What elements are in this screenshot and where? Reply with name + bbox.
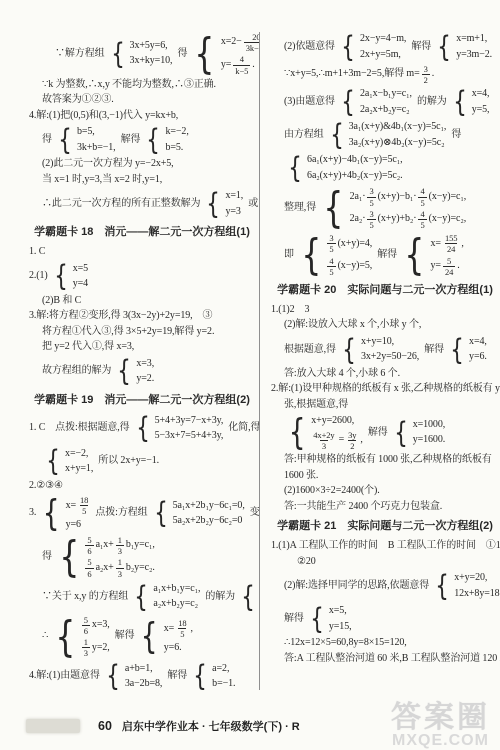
math-text: y=6. bbox=[163, 641, 183, 656]
equation-rows: 2x−y=4−m,2x+y=5m, bbox=[359, 32, 407, 62]
math-text: x=4, bbox=[468, 335, 488, 350]
equation-row: 5a₂x+2b₂y−6c₂=0 bbox=[172, 514, 246, 529]
answer-line: 1. C 点拨:根据题意,得{5+4+3y=7−x+3y,5−3x+7=5+4+… bbox=[28, 413, 256, 445]
cases-brace: { bbox=[118, 357, 132, 386]
fraction-numerator: 18 bbox=[176, 618, 188, 628]
equation-system: {2a₁·35(x+y)−b₁·45(x−y)=c₁,2a₂·35(x+y)+b… bbox=[320, 186, 467, 230]
math-text: 12x+8y=180, bbox=[453, 587, 500, 602]
answer-line: 即{35(x+y)=4,45(x−y)=5,解得{x=15524,y=524. bbox=[270, 232, 500, 278]
equation-row: y=6. bbox=[468, 350, 488, 365]
answer-line: 由方程组{3a₁(x+y)&4b₁(x−y)=5c₁,3a₂(x+y)⊗4b₂(… bbox=[270, 119, 500, 151]
math-text: ∴12x=12×5=60,8y=8×15=120, bbox=[283, 636, 408, 651]
fraction: 35 bbox=[367, 209, 375, 230]
math-text: 解得 bbox=[114, 629, 136, 644]
answer-line: ∵关于 x,y 的方程组{a₁x+b₁y=c₁,a₂x+b₂y=c₂的解为{x=… bbox=[28, 581, 256, 613]
cases-brace: { bbox=[453, 88, 467, 117]
math-text: 学霸题卡 19 消元——解二元一次方程组(2) bbox=[33, 393, 251, 409]
math-text: (2)1600×3÷2=2400(个). bbox=[283, 484, 381, 499]
equation-row: x+y=1, bbox=[64, 462, 94, 477]
equation-rows: 3a₁(x+y)&4b₁(x−y)=5c₁,3a₂(x+y)⊗4b₂(x−y)=… bbox=[348, 120, 448, 150]
math-text: 学霸题卡 21 实际问题与二元一次方程组(2) bbox=[276, 519, 494, 535]
math-text: 化简,得 bbox=[227, 421, 260, 436]
equation-row: k=−2, bbox=[164, 125, 189, 140]
math-text: 答:A 工程队整治河道 60 米,B 工程队整治河道 120 米. bbox=[283, 652, 500, 667]
equation-rows: 56x=3,13y=2, bbox=[81, 615, 111, 659]
section-header: 学霸题卡 21 实际问题与二元一次方程组(2) bbox=[270, 519, 500, 535]
equation-rows: x=185y=6 bbox=[65, 495, 92, 532]
cases-brace: { bbox=[141, 619, 158, 654]
equation-row: x=15524, bbox=[430, 233, 465, 254]
cases-brace: { bbox=[106, 662, 120, 691]
equation-rows: x+y=2600,4x+2y3=3y2, bbox=[310, 414, 364, 451]
equation-system: {k=−2,b=5. bbox=[144, 125, 189, 155]
cases-brace: { bbox=[394, 419, 408, 448]
answer-line: 根据题意,得{x+y=10,3x+2y=50−26,解得{x=4,y=6. bbox=[270, 334, 500, 366]
math-text: (2)依题意得 bbox=[283, 40, 336, 55]
math-text: 得 bbox=[176, 47, 188, 62]
equation-system: {x=4,y=6. bbox=[448, 335, 488, 365]
equation-system: {6a₁(x+y)−4b₁(x−y)=5c₁,6a₂(x+y)+4b₂(x−y)… bbox=[286, 153, 404, 183]
answer-line: 答:一共能生产 2400 个巧克力包装盒. bbox=[270, 500, 500, 515]
equation-system: {x=4,y=5, bbox=[451, 87, 491, 117]
math-text: 解得 bbox=[423, 343, 445, 358]
equation-row: 3a₁(x+y)&4b₁(x−y)=5c₁, bbox=[348, 120, 448, 135]
fraction-numerator: 3y bbox=[346, 430, 358, 440]
fraction-numerator: 1 bbox=[116, 535, 124, 545]
equation-row: 2a₁·35(x+y)−b₁·45(x−y)=c₁, bbox=[349, 186, 468, 207]
fraction: 13 bbox=[116, 535, 124, 556]
math-text: y= bbox=[430, 259, 442, 274]
equation-rows: x=4,y=5, bbox=[471, 87, 491, 117]
answer-columns: ∵解方程组{3x+5y=6,3x+ky=10,得{x=2−203k−15,y=4… bbox=[28, 30, 500, 695]
watermark-site: MXQE.COM bbox=[391, 733, 490, 750]
equation-system: {5+4+3y=7−x+3y,5−3x+7=5+4+3y, bbox=[134, 414, 225, 444]
answer-line: 故答案为①②③. bbox=[28, 93, 256, 108]
equation-system: {x+y=10,3x+2y=50−26, bbox=[340, 335, 420, 365]
math-text: 2a₂· bbox=[349, 212, 367, 227]
math-text: 3. bbox=[28, 506, 37, 521]
equation-system: {x=185y=6 bbox=[40, 495, 91, 532]
fraction-numerator: 1 bbox=[82, 637, 90, 647]
answer-line: 1. C bbox=[28, 245, 256, 260]
fraction-numerator: 5 bbox=[445, 256, 453, 266]
answer-line: 整理,得{2a₁·35(x+y)−b₁·45(x−y)=c₁,2a₂·35(x+… bbox=[270, 185, 500, 231]
fraction-numerator: 1 bbox=[116, 557, 124, 567]
math-text: x=1, bbox=[224, 189, 244, 204]
fraction-numerator: 3 bbox=[327, 233, 335, 243]
math-text: y=3 bbox=[224, 205, 241, 220]
fraction-numerator: 5 bbox=[82, 615, 90, 625]
fraction-denominator: 3k−15 bbox=[244, 42, 260, 53]
fraction: 45 bbox=[418, 209, 426, 230]
cases-brace: { bbox=[288, 154, 302, 183]
math-text: 得 bbox=[41, 550, 53, 565]
fraction: 32 bbox=[422, 64, 430, 85]
math-text: 故答案为①②③. bbox=[41, 93, 115, 108]
column-left: ∵解方程组{3x+5y=6,3x+ky=10,得{x=2−203k−15,y=4… bbox=[28, 30, 260, 695]
equation-rows: x=m+1,y=3m−2. bbox=[455, 32, 493, 62]
math-text: 3x+2y=50−26, bbox=[360, 350, 420, 365]
equation-row: 2a₂·35(x+y)+b₂·45(x−y)=c₂, bbox=[349, 209, 468, 230]
answer-line: (2)依题意得{2x−y=4−m,2x+y=5m,解得{x=m+1,y=3m−2… bbox=[270, 31, 500, 63]
equation-row: y=1600. bbox=[412, 433, 446, 448]
fraction-denominator: 5 bbox=[178, 628, 186, 639]
equation-row: 3a−2b=8, bbox=[124, 677, 163, 692]
cases-brace: { bbox=[154, 499, 168, 528]
equation-row: a+b=1, bbox=[124, 662, 163, 677]
cases-brace: { bbox=[54, 262, 68, 291]
cases-brace: { bbox=[111, 40, 125, 69]
equation-system: {x+y=2600,4x+2y3=3y2, bbox=[286, 414, 364, 451]
equation-rows: x=5y=4 bbox=[72, 262, 89, 292]
equation-row: 5−3x+7=5+4+3y, bbox=[154, 429, 225, 444]
answer-line: ∵x+y=5,∴m+1+3m−2=5,解得 m=32. bbox=[270, 64, 500, 85]
equation-rows: x=1000,y=1600. bbox=[412, 418, 446, 448]
answer-line: 1.(1)A 工程队工作的时间 B 工程队工作的时间 ①180 bbox=[270, 539, 500, 554]
math-text: 即 bbox=[283, 248, 295, 263]
math-text: b₂y=c₂. bbox=[125, 561, 156, 576]
equation-system: {a₁x+b₁y=c₁,a₂x+b₂y=c₂ bbox=[132, 582, 201, 612]
equation-row: x=5, bbox=[328, 604, 353, 619]
equation-row: y=4k−5. bbox=[220, 54, 260, 75]
cases-brace: { bbox=[342, 336, 356, 365]
column-divider bbox=[259, 32, 260, 690]
cases-brace: { bbox=[341, 33, 355, 62]
equation-system: {x=5y=4 bbox=[52, 262, 89, 292]
fraction-denominator: 6 bbox=[85, 545, 93, 556]
math-text: b=5. bbox=[164, 141, 184, 156]
equation-row: a₁x+b₁y=c₁, bbox=[152, 582, 201, 597]
math-text: (x+y)−b₁· bbox=[377, 190, 418, 205]
math-text: y=4 bbox=[72, 277, 89, 292]
math-text: 4.解:(1)由题意得 bbox=[28, 669, 101, 684]
math-text: a₁x+b₁y=c₁, bbox=[152, 582, 201, 597]
fraction: 56 bbox=[85, 535, 93, 556]
fraction-denominator: 2 bbox=[422, 74, 430, 85]
math-text: 2a₁x−b₁y=c₁, bbox=[359, 87, 413, 102]
math-text: 解得 bbox=[166, 669, 188, 684]
equation-row: x+y=2600, bbox=[310, 414, 364, 429]
math-text: 解得 bbox=[410, 40, 432, 55]
answer-line: 1600 张. bbox=[270, 469, 500, 484]
math-text: 解得 bbox=[120, 133, 142, 148]
math-text: (x−y)=5, bbox=[337, 259, 374, 274]
answer-line: 4.解:(1)把(0,5)和(3,−1)代入 y=kx+b, bbox=[28, 109, 256, 124]
answer-book-page: ∵解方程组{3x+5y=6,3x+ky=10,得{x=2−203k−15,y=4… bbox=[0, 0, 500, 750]
math-text: x=−2, bbox=[64, 447, 89, 462]
equation-row: 56a₁x+13b₁y=c₁, bbox=[84, 535, 155, 556]
equation-row: y=5, bbox=[471, 103, 491, 118]
math-text: x=3, bbox=[135, 357, 155, 372]
math-text: y=2. bbox=[135, 372, 155, 387]
equation-row: x+y=10, bbox=[360, 335, 420, 350]
math-text: x=m+1, bbox=[455, 32, 488, 47]
math-text: y=15, bbox=[328, 620, 353, 635]
math-text: ∵k 为整数,∴x,y 不能均为整数,∴③正确. bbox=[41, 78, 217, 93]
cases-brace: { bbox=[207, 190, 221, 219]
equation-row: 6a₂(x+y)+4b₂(x−y)=5c₂. bbox=[306, 169, 404, 184]
math-text: 2.解:(1)设甲种规格的纸板有 x 张,乙种规格的纸板有 y bbox=[270, 382, 500, 397]
math-text: 2.(1) bbox=[28, 269, 49, 284]
math-text: 答:甲种规格的纸板有 1000 张,乙种规格的纸板有 bbox=[283, 453, 493, 468]
math-text: 2.②③④ bbox=[28, 479, 64, 494]
watermark: 答案圈 MXQE.COM bbox=[391, 702, 490, 750]
fraction-denominator: 3 bbox=[116, 568, 124, 579]
math-text: (x−y)=c₂, bbox=[428, 212, 467, 227]
answer-line: ∴12x=12×5=60,8y=8×15=120, bbox=[270, 636, 500, 651]
math-text: 3k+b=−1, bbox=[76, 141, 117, 156]
equation-system: {x=1000,y=1600. bbox=[392, 418, 447, 448]
fraction-numerator: 3 bbox=[422, 64, 430, 74]
equation-rows: x=−2,x+y=1, bbox=[64, 447, 94, 477]
cases-brace: { bbox=[135, 583, 149, 612]
math-text: 点拨:方程组 bbox=[94, 506, 148, 521]
equation-row: x=5 bbox=[72, 262, 89, 277]
fraction: 185 bbox=[78, 495, 90, 516]
equation-row: y=524. bbox=[430, 256, 465, 277]
cases-brace: { bbox=[289, 415, 306, 450]
answer-line: 当 x=1 时,y=3,当 x=2 时,y=1, bbox=[28, 173, 256, 188]
fraction: 13 bbox=[82, 637, 90, 658]
answer-line: 把 y=2 代入①,得 x=3, bbox=[28, 340, 256, 355]
fraction-numerator: 4 bbox=[418, 209, 426, 219]
math-text: 得 bbox=[41, 133, 53, 148]
equation-row: y=15, bbox=[328, 620, 353, 635]
math-text: x= bbox=[430, 237, 442, 252]
math-text: 根据题意,得 bbox=[283, 343, 337, 358]
answer-line: ∴此二元一次方程的所有正整数解为{x=1,y=3或{x=2,y=1. bbox=[28, 188, 256, 220]
fraction: 13 bbox=[116, 557, 124, 578]
fraction-numerator: 5 bbox=[85, 557, 93, 567]
section-header: 学霸题卡 20 实际问题与二元一次方程组(1) bbox=[270, 283, 500, 299]
math-text: 解得 bbox=[367, 426, 389, 441]
fraction-numerator: 155 bbox=[443, 233, 459, 243]
equation-row: 12x+8y=180, bbox=[453, 587, 500, 602]
answer-line: 3.解:将方程②变形,得 3(3x−2y)+2y=19, ③ bbox=[28, 309, 256, 324]
equation-system: {x=−2,x+y=1, bbox=[44, 447, 94, 477]
equation-system: {5a₁x+2b₁y−6c₁=0,5a₂x+2b₂y−6c₂=0 bbox=[152, 499, 246, 529]
answer-line: ②20 bbox=[270, 555, 500, 570]
math-text: 5a₂x+2b₂y−6c₂=0 bbox=[172, 514, 244, 529]
equation-row: 5a₁x+2b₁y−6c₁=0, bbox=[172, 499, 246, 514]
equation-rows: x+y=10,3x+2y=50−26, bbox=[360, 335, 420, 365]
math-text: (x+y)+b₂· bbox=[377, 212, 418, 227]
fraction-denominator: k−5 bbox=[233, 65, 250, 76]
equation-rows: 2a₁x−b₁y=c₁,2a₂x+b₂y=c₂ bbox=[359, 87, 413, 117]
math-text: 1.(1)A 工程队工作的时间 B 工程队工作的时间 ①180 bbox=[270, 539, 500, 554]
equation-row: y=4 bbox=[72, 277, 89, 292]
equation-system: {x=15524,y=524. bbox=[401, 233, 465, 277]
equation-rows: 5+4+3y=7−x+3y,5−3x+7=5+4+3y, bbox=[154, 414, 225, 444]
fraction-numerator: 4 bbox=[238, 54, 246, 64]
equation-system: {2x−y=4−m,2x+y=5m, bbox=[339, 32, 407, 62]
answer-line: ∴{56x=3,13y=2,解得{x=185,y=6. bbox=[28, 614, 256, 660]
math-text: ∵解方程组 bbox=[54, 47, 106, 62]
fraction-numerator: 4x+2y bbox=[311, 430, 336, 440]
cases-brace: { bbox=[435, 572, 449, 601]
equation-row: 3x+2y=50−26, bbox=[360, 350, 420, 365]
answer-line: (2)解:选择甲同学的思路,依题意得{x+y=20,12x+8y=180, bbox=[270, 570, 500, 602]
math-text: y=1600. bbox=[412, 433, 446, 448]
cases-brace: { bbox=[323, 187, 343, 229]
equation-rows: a+b=1,3a−2b=8, bbox=[124, 662, 163, 692]
math-text: x=2− bbox=[220, 35, 243, 50]
equation-system: {x+y=20,12x+8y=180, bbox=[433, 571, 500, 601]
math-text: ∴此二元一次方程的所有正整数解为 bbox=[41, 197, 201, 212]
math-text: 2a₁· bbox=[349, 190, 367, 205]
equation-system: {a=2,b=−1. bbox=[191, 662, 236, 692]
equation-row: x=1000, bbox=[412, 418, 446, 433]
answer-line: 张,根据题意,得 bbox=[270, 398, 500, 413]
cases-brace: { bbox=[43, 496, 60, 531]
equation-system: {3x+5y=6,3x+ky=10, bbox=[109, 39, 174, 69]
math-text: 解得 bbox=[283, 612, 305, 627]
fraction: 56 bbox=[85, 557, 93, 578]
equation-row: 3k+b=−1, bbox=[76, 141, 117, 156]
equation-row: x+y=20, bbox=[453, 571, 500, 586]
cases-brace: { bbox=[58, 126, 72, 155]
equation-row: y=6 bbox=[65, 518, 92, 533]
answer-line: (3)由题意得{2a₁x−b₁y=c₁,2a₂x+b₂y=c₂的解为{x=4,y… bbox=[270, 86, 500, 118]
math-text: 学霸题卡 18 消元——解二元一次方程组(1) bbox=[33, 225, 251, 241]
math-text: b=5, bbox=[76, 125, 96, 140]
math-text: a+b=1, bbox=[124, 662, 154, 677]
math-text: ∵x+y=5,∴m+1+3m−2=5,解得 m= bbox=[283, 67, 421, 82]
equation-row: 3x+ky=10, bbox=[129, 54, 174, 69]
math-text: 1. C 点拨:根据题意,得 bbox=[28, 421, 131, 436]
math-text: y= bbox=[220, 58, 232, 73]
math-text: . bbox=[251, 58, 255, 73]
equation-rows: x=15524,y=524. bbox=[430, 233, 465, 277]
math-text: 故方程组的解为 bbox=[41, 364, 112, 379]
math-text: x+y=20, bbox=[453, 571, 488, 586]
equation-row: b=5, bbox=[76, 125, 117, 140]
equation-rows: x=4,y=6. bbox=[468, 335, 488, 365]
answer-line: (2)此二元一次方程为 y=−2x+5, bbox=[28, 157, 256, 172]
equation-rows: a=2,b=−1. bbox=[211, 662, 236, 692]
math-text: x=5 bbox=[72, 262, 89, 277]
math-text: a₂x+ bbox=[95, 561, 115, 576]
math-text: y=5, bbox=[471, 103, 491, 118]
math-text: a₁x+ bbox=[95, 538, 115, 553]
cases-brace: { bbox=[136, 414, 150, 443]
equation-row: y=2. bbox=[135, 372, 155, 387]
equation-row: 4x+2y3=3y2, bbox=[310, 430, 364, 451]
fraction: 203k−15 bbox=[244, 32, 260, 53]
equation-row: 13y=2, bbox=[81, 637, 111, 658]
math-text: x=4, bbox=[471, 87, 491, 102]
math-text: , bbox=[359, 433, 363, 448]
fraction-numerator: 5 bbox=[85, 535, 93, 545]
math-text: 所以 2x+y=−1. bbox=[97, 454, 160, 469]
fraction: 185 bbox=[176, 618, 188, 639]
math-text: . bbox=[456, 259, 460, 274]
math-text: 5+4+3y=7−x+3y, bbox=[154, 414, 225, 429]
section-header: 学霸题卡 19 消元——解二元一次方程组(2) bbox=[28, 393, 256, 409]
math-text: x=3, bbox=[91, 618, 111, 633]
math-text: 解得 bbox=[376, 248, 398, 263]
cases-brace: { bbox=[450, 336, 464, 365]
math-text: 4.解:(1)把(0,5)和(3,−1)代入 y=kx+b, bbox=[28, 109, 179, 124]
math-text: x=5, bbox=[328, 604, 348, 619]
math-text: y=6. bbox=[468, 350, 488, 365]
equation-system: {3a₁(x+y)&4b₁(x−y)=5c₁,3a₂(x+y)⊗4b₂(x−y)… bbox=[328, 120, 448, 150]
math-text: ②20 bbox=[296, 555, 317, 570]
equation-rows: b=5,3k+b=−1, bbox=[76, 125, 117, 155]
math-text: 2x−y=4−m, bbox=[359, 32, 407, 47]
math-text: 3.解:将方程②变形,得 3(3x−2y)+2y=19, ③ bbox=[28, 309, 213, 324]
math-text: 整理,得 bbox=[283, 201, 317, 216]
cases-brace: { bbox=[147, 126, 161, 155]
answer-line: (2)B 和 C bbox=[28, 294, 256, 309]
math-text: x+y=10, bbox=[360, 335, 395, 350]
math-text: 6a₂(x+y)+4b₂(x−y)=5c₂. bbox=[306, 169, 404, 184]
answer-line: 3.{x=185y=6点拨:方程组{5a₁x+2b₁y−6c₁=0,5a₂x+2… bbox=[28, 494, 256, 533]
equation-system: {2a₁x−b₁y=c₁,2a₂x+b₂y=c₂ bbox=[339, 87, 413, 117]
equation-row: x=4, bbox=[468, 335, 488, 350]
fraction-denominator: 3 bbox=[320, 440, 328, 451]
math-text: 学霸题卡 20 实际问题与二元一次方程组(1) bbox=[276, 283, 494, 299]
fraction: 45 bbox=[418, 186, 426, 207]
math-text: 3a₂(x+y)⊗4b₂(x−y)=5c₂ bbox=[348, 136, 446, 151]
equation-row: x=185, bbox=[163, 618, 194, 639]
math-text: 1600 张. bbox=[283, 469, 319, 484]
math-text: 得 bbox=[450, 128, 462, 143]
equation-rows: 5a₁x+2b₁y−6c₁=0,5a₂x+2b₂y−6c₂=0 bbox=[172, 499, 246, 529]
math-text: ∵关于 x,y 的方程组 bbox=[41, 590, 129, 605]
equation-rows: 35(x+y)=4,45(x−y)=5, bbox=[326, 233, 373, 277]
answer-line: 2.解:(1)设甲种规格的纸板有 x 张,乙种规格的纸板有 y bbox=[270, 382, 500, 397]
equation-row: x=2−203k−15, bbox=[220, 32, 260, 53]
answer-line: (2)解:设放入大球 x 个,小球 y 个, bbox=[270, 318, 500, 333]
fraction-denominator: 3 bbox=[82, 647, 90, 658]
math-text: (x−y)=c₁, bbox=[428, 190, 467, 205]
watermark-logo: 答案圈 bbox=[391, 702, 490, 734]
answer-line: 答:放入大球 4 个,小球 6 个. bbox=[270, 367, 500, 382]
fraction: 56 bbox=[82, 615, 90, 636]
equation-row: 5+4+3y=7−x+3y, bbox=[154, 414, 225, 429]
math-text: y=2, bbox=[91, 641, 111, 656]
math-text: a₂x+b₂y=c₂ bbox=[152, 597, 199, 612]
math-text: 5a₁x+2b₁y−6c₁=0, bbox=[172, 499, 246, 514]
math-text: (2)B 和 C bbox=[41, 294, 82, 309]
math-text: (2)此二元一次方程为 y=−2x+5, bbox=[41, 157, 175, 172]
math-text: 答:一共能生产 2400 个巧克力包装盒. bbox=[283, 500, 443, 515]
math-text: 把 y=2 代入①,得 x=3, bbox=[41, 340, 135, 355]
answer-line: 解得{x=5,y=15, bbox=[270, 603, 500, 635]
math-text: 的解为 bbox=[416, 95, 448, 110]
math-text: (3)由题意得 bbox=[283, 95, 336, 110]
equation-row: 3a₂(x+y)⊗4b₂(x−y)=5c₂ bbox=[348, 136, 448, 151]
equation-row: 56x=3, bbox=[81, 615, 111, 636]
cases-brace: { bbox=[301, 234, 321, 276]
equation-rows: a₁x+b₁y=c₁,a₂x+b₂y=c₂ bbox=[152, 582, 201, 612]
fraction-denominator: 5 bbox=[80, 505, 88, 516]
math-text: 由方程组 bbox=[283, 128, 325, 143]
equation-row: a₂x+b₂y=c₂ bbox=[152, 597, 201, 612]
equation-system: {x=185,y=6. bbox=[138, 618, 193, 655]
math-text: 2x+y=5m, bbox=[359, 48, 402, 63]
equation-row: 56a₂x+13b₂y=c₂. bbox=[84, 557, 155, 578]
answer-line: 故方程组的解为{x=3,y=2. bbox=[28, 356, 256, 388]
equation-row: x=m+1, bbox=[455, 32, 493, 47]
math-text: x= bbox=[65, 499, 77, 514]
page-number: 60 bbox=[98, 719, 112, 733]
cases-brace: { bbox=[310, 605, 324, 634]
math-text: ∴ bbox=[41, 629, 49, 644]
equation-rows: x=3,y=2. bbox=[135, 357, 155, 387]
equation-row: x=4, bbox=[471, 87, 491, 102]
